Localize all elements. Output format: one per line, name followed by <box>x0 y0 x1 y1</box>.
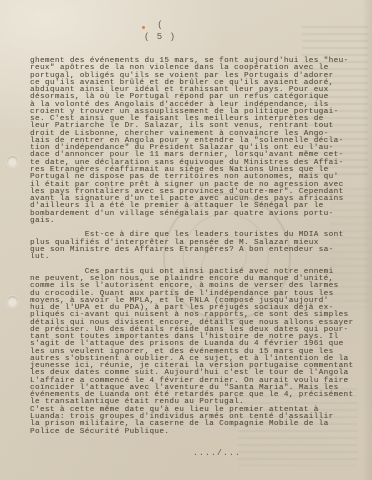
page-number: ( 5 ) <box>138 32 182 42</box>
document-body: ghement des événements du 15 mars, se fo… <box>30 58 352 436</box>
paragraph-partis: Ces partis qui ont ainsi pactisé avec no… <box>30 269 352 436</box>
punch-hole-bottom <box>7 296 18 307</box>
header-paren-mark: ( <box>138 20 182 30</box>
continuation-mark: ..../... <box>193 449 241 458</box>
page-header: ( ( 5 ) <box>138 20 182 42</box>
paragraph-mdia: Est-ce à dire que les leaders touristes … <box>30 232 352 261</box>
paragraph-continuation: ghement des événements du 15 mars, se fo… <box>30 58 352 225</box>
page-edge-shadow <box>362 0 372 480</box>
punch-hole-top <box>7 156 18 167</box>
document-page: ( ( 5 ) ghement des événements du 15 mar… <box>0 0 372 480</box>
